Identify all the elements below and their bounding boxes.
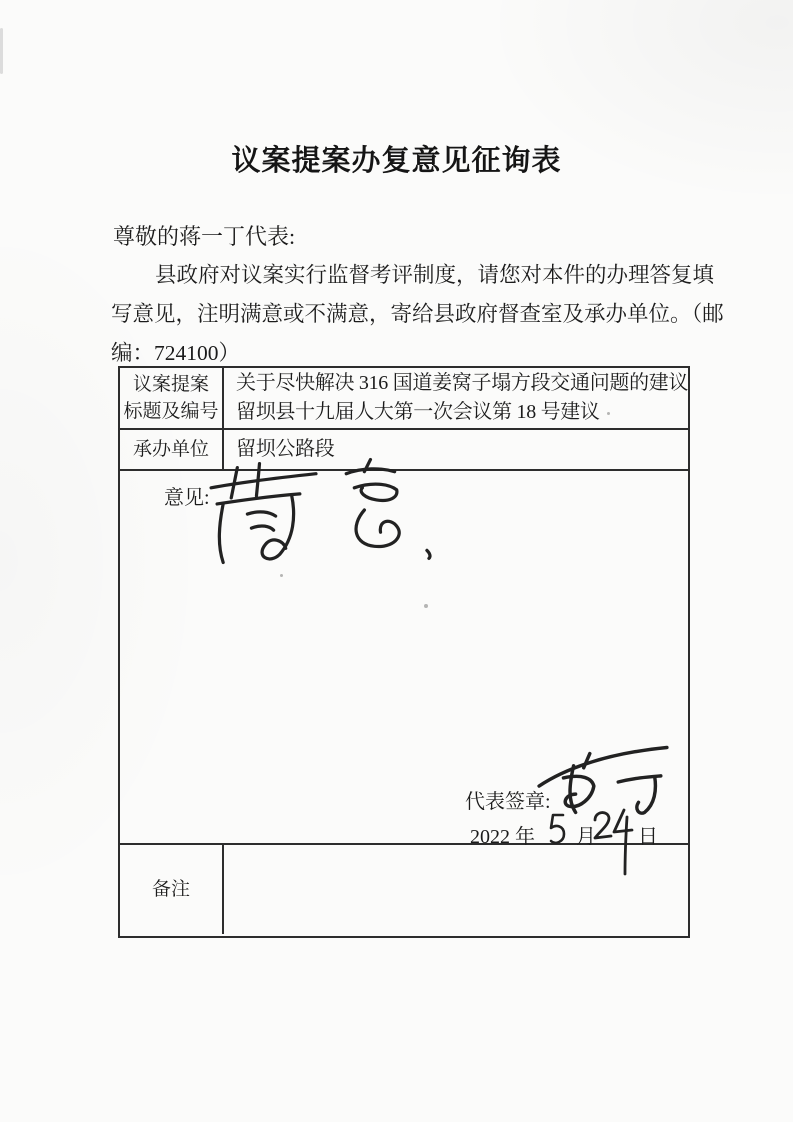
scan-edge-artifact — [0, 28, 3, 74]
scan-speck — [424, 604, 428, 608]
label-line: 标题及编号 — [123, 398, 218, 425]
label-line: 议案提案 — [133, 371, 209, 398]
page-title: 议案提案办复意见征询表 — [0, 138, 793, 179]
handwritten-opinion-text — [203, 453, 435, 567]
scanned-form-page: 议案提案办复意见征询表 尊敬的蒋一丁代表: 县政府对议案实行监督考评制度，请您对… — [0, 0, 793, 1122]
date-day-unit: 日 — [638, 820, 658, 849]
salutation: 尊敬的蒋一丁代表: — [113, 220, 295, 251]
value-line: 留坝县十九届人大第一次会议第 18 号建议 — [236, 398, 688, 427]
intro-paragraph: 县政府对议案实行监督考评制度，请您对本件的办理答复填 写意见，注明满意或不满意，… — [111, 256, 724, 373]
handwritten-day-digits — [592, 808, 636, 878]
scan-speck — [280, 574, 283, 577]
remark-row-label: 备注 — [120, 845, 224, 934]
scan-speck — [607, 412, 610, 415]
form-table: 议案提案 标题及编号 关于尽快解决 316 国道姜窝子塌方段交通问题的建议 留坝… — [118, 366, 690, 938]
date-year: 2022 年 — [470, 820, 535, 849]
proposal-title-row-label: 议案提案 标题及编号 — [120, 368, 224, 428]
value-line: 关于尽快解决 316 国道姜窝子塌方段交通问题的建议 — [236, 369, 688, 398]
intro-line-2: 写意见，注明满意或不满意，寄给县政府督查室及承办单位。（邮 — [111, 295, 724, 334]
intro-line-1: 县政府对议案实行监督考评制度，请您对本件的办理答复填 — [111, 256, 724, 295]
proposal-title-row: 议案提案 标题及编号 关于尽快解决 316 国道姜窝子塌方段交通问题的建议 留坝… — [120, 368, 688, 430]
opinion-section: 意见: 代表签章: — [120, 471, 688, 845]
handwritten-month-digit — [548, 812, 568, 846]
proposal-title-row-value: 关于尽快解决 316 国道姜窝子塌方段交通问题的建议 留坝县十九届人大第一次会议… — [224, 368, 688, 428]
